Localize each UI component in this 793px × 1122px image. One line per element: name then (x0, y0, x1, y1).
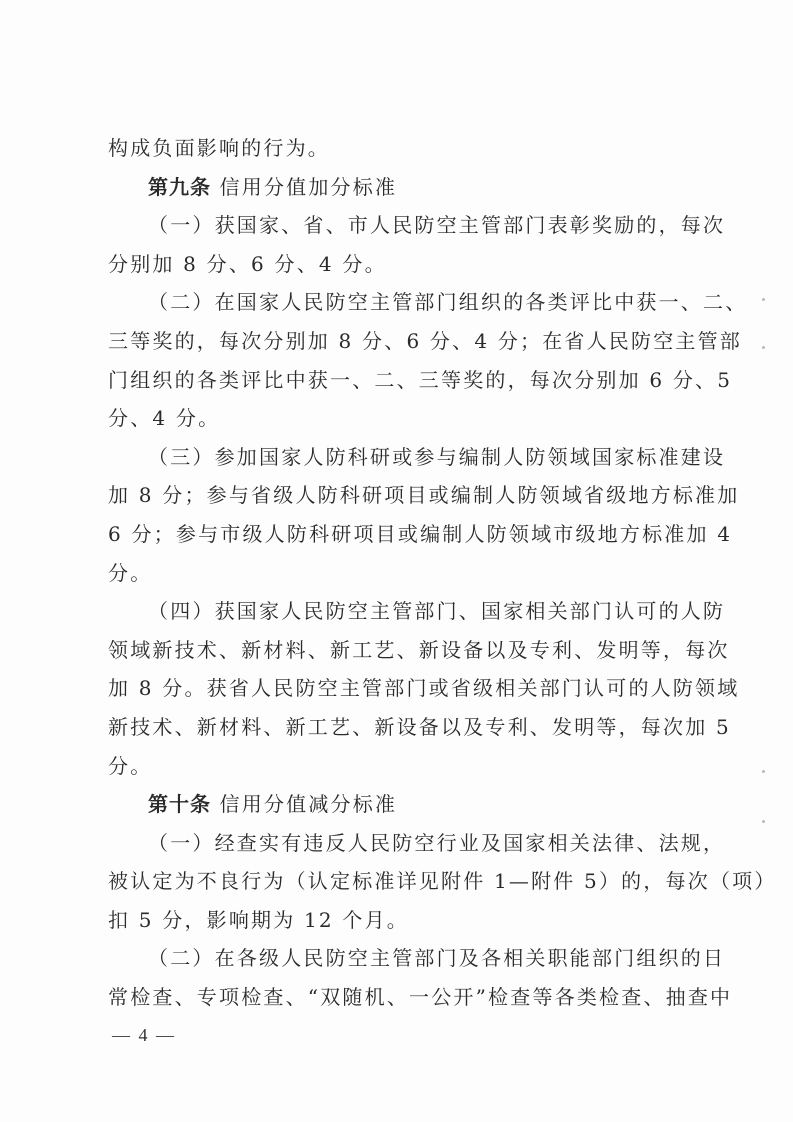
article-heading: 第十条 信用分值减分标准 (108, 785, 696, 824)
text-line: （二）在各级人民防空主管部门及各相关职能部门组织的日 (108, 939, 696, 978)
text-line: 新技术、新材料、新工艺、新设备以及专利、发明等，每次加 5 (108, 708, 696, 747)
text-line: 领域新技术、新材料、新工艺、新设备以及专利、发明等，每次 (108, 631, 696, 670)
text-line: 分。 (108, 554, 696, 593)
article-number: 第十条 (148, 792, 211, 816)
line-text: 信用分值加分标准 (211, 175, 397, 199)
line-text: 扣 5 分，影响期为 12 个月。 (108, 908, 409, 932)
scan-speck (762, 770, 765, 773)
text-line: 加 8 分；参与省级人防科研项目或编制人防领域省级地方标准加 (108, 476, 696, 515)
article-heading: 第九条 信用分值加分标准 (108, 168, 696, 207)
line-text: 信用分值减分标准 (211, 792, 397, 816)
text-line: （二）在国家人民防空主管部门组织的各类评比中获一、二、 (108, 283, 696, 322)
text-line: 三等奖的，每次分别加 8 分、6 分、4 分；在省人民防空主管部 (108, 322, 696, 361)
line-text: （二）在各级人民防空主管部门及各相关职能部门组织的日 (148, 946, 725, 970)
line-text: 分。 (108, 754, 152, 778)
line-text: 加 8 分；参与省级人防科研项目或编制人防领域省级地方标准加 (108, 483, 739, 507)
text-line: 门组织的各类评比中获一、二、三等奖的，每次分别加 6 分、5 (108, 361, 696, 400)
text-line: （一）获国家、省、市人民防空主管部门表彰奖励的，每次 (108, 206, 696, 245)
scan-speck (762, 346, 765, 349)
document-page: 构成负面影响的行为。第九条 信用分值加分标准（一）获国家、省、市人民防空主管部门… (0, 0, 793, 1122)
line-text: （四）获国家人民防空主管部门、国家相关部门认可的人防 (148, 599, 725, 623)
line-text: 新技术、新材料、新工艺、新设备以及专利、发明等，每次加 5 (108, 715, 731, 739)
text-line: （一）经查实有违反人民防空行业及国家相关法律、法规， (108, 824, 696, 863)
line-text: （二）在国家人民防空主管部门组织的各类评比中获一、二、 (148, 290, 747, 314)
line-text: 被认定为不良行为（认定标准详见附件 1—附件 5）的，每次（项） (108, 869, 777, 893)
text-line: 构成负面影响的行为。 (108, 129, 696, 168)
text-line: 分、4 分。 (108, 399, 696, 438)
text-line: 6 分；参与市级人防科研项目或编制人防领域市级地方标准加 4 (108, 515, 696, 554)
line-text: 三等奖的，每次分别加 8 分、6 分、4 分；在省人民防空主管部 (108, 329, 742, 353)
document-body: 构成负面影响的行为。第九条 信用分值加分标准（一）获国家、省、市人民防空主管部门… (108, 129, 696, 1017)
text-line: 分别加 8 分、6 分、4 分。 (108, 245, 696, 284)
text-line: 常检查、专项检查、“双随机、一公开”检查等各类检查、抽查中 (108, 978, 696, 1017)
line-text: 分、4 分。 (108, 406, 220, 430)
text-line: 加 8 分。获省人民防空主管部门或省级相关部门认可的人防领域 (108, 669, 696, 708)
line-text: 分。 (108, 561, 152, 585)
text-line: 被认定为不良行为（认定标准详见附件 1—附件 5）的，每次（项） (108, 862, 696, 901)
line-text: 常检查、专项检查、“双随机、一公开”检查等各类检查、抽查中 (108, 985, 732, 1009)
line-text: 门组织的各类评比中获一、二、三等奖的，每次分别加 6 分、5 (108, 368, 732, 392)
line-text: 6 分；参与市级人防科研项目或编制人防领域市级地方标准加 4 (108, 522, 732, 546)
line-text: 加 8 分。获省人民防空主管部门或省级相关部门认可的人防领域 (108, 676, 739, 700)
article-number: 第九条 (148, 175, 211, 199)
line-text: （三）参加国家人防科研或参与编制人防领域国家标准建设 (148, 445, 725, 469)
scan-speck (762, 820, 765, 823)
text-line: （三）参加国家人防科研或参与编制人防领域国家标准建设 (108, 438, 696, 477)
text-line: 分。 (108, 747, 696, 786)
line-text: 领域新技术、新材料、新工艺、新设备以及专利、发明等，每次 (108, 638, 730, 662)
scan-speck (762, 298, 765, 301)
page-number: — 4 — (112, 1025, 176, 1046)
text-line: （四）获国家人民防空主管部门、国家相关部门认可的人防 (108, 592, 696, 631)
line-text: 分别加 8 分、6 分、4 分。 (108, 252, 387, 276)
text-line: 扣 5 分，影响期为 12 个月。 (108, 901, 696, 940)
line-text: （一）经查实有违反人民防空行业及国家相关法律、法规， (148, 831, 725, 855)
line-text: （一）获国家、省、市人民防空主管部门表彰奖励的，每次 (148, 213, 725, 237)
line-text: 构成负面影响的行为。 (108, 136, 330, 160)
